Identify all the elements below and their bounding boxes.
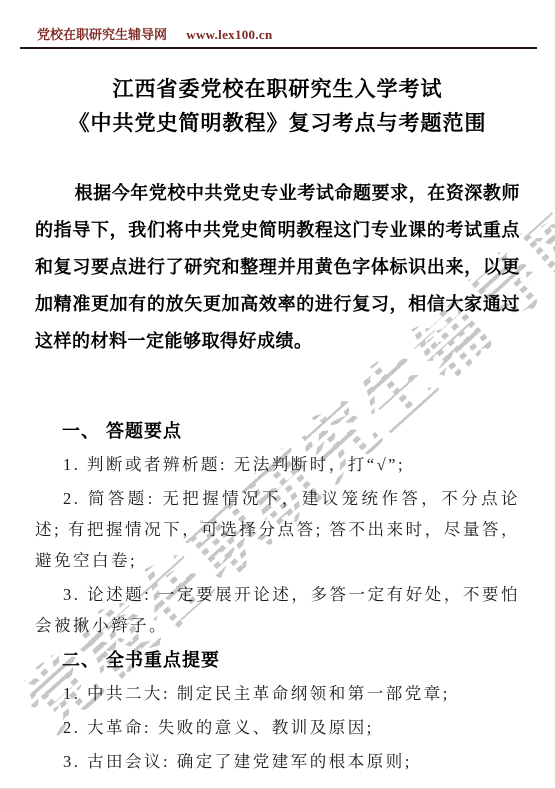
- list-item: 1. 中共二大: 制定民主革命纲领和第一部党章;: [35, 678, 520, 709]
- list-item: 3. 论述题: 一定要展开论述，多答一定有好处，不要怕会被揪小辫子。: [35, 579, 520, 641]
- list-item: 2. 大革命: 失败的意义、教训及原因;: [35, 712, 520, 743]
- doc-title-line-1: 江西省委党校在职研究生入学考试: [0, 73, 555, 107]
- intro-paragraph: 根据今年党校中共党史专业考试命题要求，在资深教师的指导下，我们将中共党史简明教程…: [35, 175, 520, 360]
- list-item: 3. 古田会议: 确定了建党建军的根本原则;: [35, 746, 520, 777]
- title-block: 江西省委党校在职研究生入学考试 《中共党史简明教程》复习考点与考题范围: [0, 73, 555, 141]
- section-1-heading: 一、 答题要点: [35, 418, 520, 445]
- sections: 一、 答题要点 1. 判断或者辨析题: 无法判断时，打“√”; 2. 简答题: …: [35, 418, 520, 777]
- document-page: 党校在职研究生辅导网 党校在职研究生辅导网 www.lex100.cn 江西省委…: [0, 0, 555, 789]
- section-answer-tips: 一、 答题要点 1. 判断或者辨析题: 无法判断时，打“√”; 2. 简答题: …: [35, 418, 520, 641]
- section-book-highlights: 二、 全书重点提要 1. 中共二大: 制定民主革命纲领和第一部党章; 2. 大革…: [35, 647, 520, 777]
- list-item: 2. 简答题: 无把握情况下，建议笼统作答，不分点论述; 有把握情况下，可选择分…: [35, 483, 520, 576]
- header-rule: [20, 47, 537, 49]
- site-url: www.lex100.cn: [186, 27, 272, 42]
- page-content: 党校在职研究生辅导网 www.lex100.cn 江西省委党校在职研究生入学考试…: [0, 0, 555, 777]
- section-2-heading: 二、 全书重点提要: [35, 647, 520, 674]
- doc-title-line-2: 《中共党史简明教程》复习考点与考题范围: [0, 107, 555, 141]
- page-header: 党校在职研究生辅导网 www.lex100.cn: [0, 0, 555, 43]
- site-name: 党校在职研究生辅导网: [37, 27, 167, 42]
- list-item: 1. 判断或者辨析题: 无法判断时，打“√”;: [35, 449, 520, 480]
